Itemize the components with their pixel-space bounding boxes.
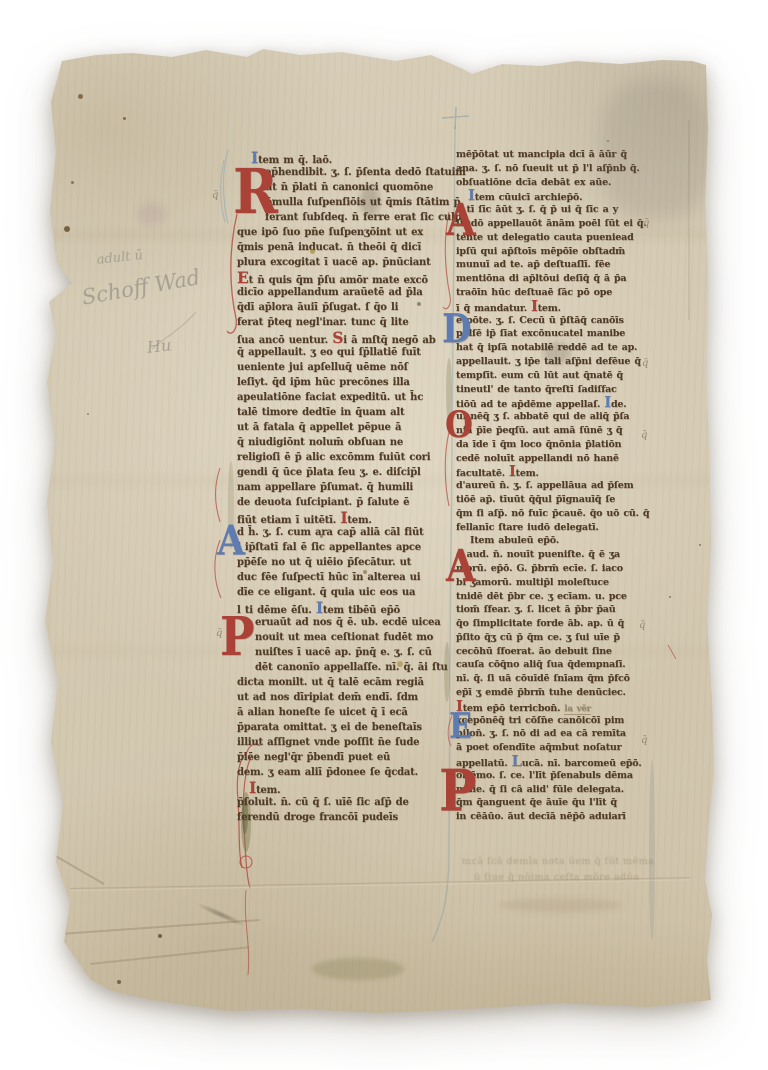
text-segment: talē timore dedtīe in q̄uam alt	[237, 407, 404, 418]
spot	[320, 535, 323, 538]
text-segment: gendi q̄ ūce p̄lata ſeu ʒ. e. diſcip̄l	[237, 467, 421, 478]
text-segment: ucā. nī. barcomeū ep̄ō.	[522, 758, 642, 769]
text-segment: ī ip̄ſtatī fal ē ſic appellantes apce	[237, 542, 421, 553]
text-segment: tem ep̄ō terricbon̄.	[463, 703, 565, 714]
spot	[78, 94, 83, 99]
text-segment: polſē ip̄ ſīat excōnucatel manibe	[456, 328, 625, 339]
initial-A1-right: A	[446, 198, 475, 242]
text-segment: nam appellare p̄ſumat. q̄ humili	[237, 482, 413, 493]
text-segment: apeulatiōne faciat expeditū. ut h̄c	[237, 392, 423, 403]
text-line: ſua ancō uentur. Si ā mſtq̄ negō ab	[237, 330, 449, 345]
text-segment: dicta monilt. ut q̄ talē ecām regiā	[237, 677, 424, 688]
brown-smudge	[498, 898, 623, 912]
text-line: ut ad nos dīripiat dem̄ endī. ſdm	[237, 690, 449, 705]
ink-smudge	[360, 186, 380, 216]
text-segment: plura excogitat ī uacē ap. p̄nūciant	[237, 257, 431, 268]
text-segment: ferat p̄teq negl'inar. tunc q̄ lite	[237, 317, 409, 328]
text-segment: dicīo appellandum araūetē ad p̄la	[237, 287, 422, 298]
text-line: apeulatiōne faciat expeditū. ut h̄c	[237, 390, 449, 405]
text-line: p̄lēe negl'q̄r p̄bendī puet eū	[237, 750, 449, 765]
photograph-of-manuscript-leaf: { "palette":{ "background":"#ffffff","pa…	[0, 0, 768, 1070]
text-line: dem. ʒ eam aliī p̄donee ſe q̄cdat.	[237, 765, 449, 780]
text-segment: ut ā fatala q̄ appellet pēpue ā	[237, 422, 401, 433]
text-segment: fellanīc ſtare iudō delegatī.	[456, 522, 599, 533]
spot	[699, 544, 701, 546]
text-segment: ueniente jui apſelluq̄ uēme nōſ	[237, 362, 408, 373]
text-segment: oſtēmo. ſ. ce. l'līt p̄ſenabuls dēma	[456, 770, 633, 781]
text-segment: tineutl' de tanto q̄reſtī ſadiſfac	[456, 384, 617, 395]
text-line: nī. q̄. ſi uā cōuīdē ſnīam q̄m p̄fcō	[456, 672, 668, 686]
text-segment: de deuota ſuſcipiant. p̄ ſalute ē	[237, 497, 409, 508]
text-line: ā poet oſendīte aq̄mbut noſatur	[456, 741, 668, 755]
text-segment: munuī ad te. ap̄ deſtuaſlī. fēe	[456, 259, 610, 270]
text-segment: Item abuleū ep̄ō.	[470, 535, 559, 546]
text-line: d'aureū n̄. ʒ. ſ. appellāua ad p̄ſem	[456, 479, 668, 493]
text-line: illiut aſſignet vnde poſſit n̄e ſude	[237, 735, 449, 750]
wormhole	[44, 936, 49, 941]
yellow-spot	[310, 249, 315, 254]
text-line: nia p̄īe p̄eqſū. aut amā ſūnē ʒ q̄	[456, 424, 668, 438]
text-line: mentiōna di ap̄ltōui deſīq̄ q̄ ā p̄a	[456, 272, 668, 286]
ink-smudge	[543, 342, 571, 364]
text-line: dicīo appellandum araūetē ad p̄la	[237, 285, 449, 300]
text-line: appellatū. Lucā. nī. barcomeū ep̄ō.	[456, 755, 668, 769]
text-segment: morū. ep̄ō. G. p̄brm̄ ecīe. ſ. iaco	[456, 563, 623, 574]
text-segment: q̄o ſimplicitate forde āb. ap. ū q̄	[456, 618, 624, 629]
text-line: d aud. n̄. nouīt pueniſte. q̄ ē ʒa	[456, 548, 668, 562]
text-line: polſē ip̄ ſīat excōnucatel manibe	[456, 327, 668, 341]
text-line: tnidē dēt p̄br ce. ʒ ecīam. u. pce	[456, 590, 668, 604]
coloured-initial-segment: I	[509, 463, 516, 480]
wormhole	[158, 934, 162, 938]
text-segment: tem.	[516, 468, 539, 479]
text-segment: cauſa cōq̄no aliq̄ ſua q̄dempnaſī.	[456, 659, 625, 670]
text-segment: q̄m ſi aſp̄. nō fuīc p̄cauē. q̄o uō cū. …	[456, 508, 649, 519]
text-segment: bi ʒamorū. multip̄l moleſtuce	[456, 577, 609, 588]
spot	[669, 596, 671, 598]
text-segment: nuiſtes ī uacē ap. p̄nq̄ e. ʒ. ſ. cū	[255, 647, 432, 658]
text-column-left: Item m q̄. laō.ep̄hendibit. ʒ. ſ. p̄ſent…	[237, 150, 449, 825]
text-line: pp̄ēſe no ut q̄ uiēio p̄ſecātur. ut	[237, 555, 449, 570]
spot	[417, 302, 421, 306]
text-line: p̄ſito q̄ʒ cū p̄ q̄m ce. ʒ ſui uīe p̄	[456, 631, 668, 645]
text-line: traōīn hūc deſtuaē ſāc pō ope	[456, 286, 668, 300]
initial-A2-right: A	[446, 544, 475, 588]
text-segment: ep̄ī ʒ emdē p̄brm̄ tuhe denūciec.	[456, 687, 626, 698]
initial-A-blue: A	[217, 520, 245, 561]
text-line: cecōhū ſfoerat. āo debuit ſine	[456, 645, 668, 659]
margin-mark: q̄	[639, 620, 645, 631]
initial-D-gutter: D	[442, 310, 471, 349]
text-line: morū. ep̄ō. G. p̄brm̄ ecīe. ſ. iaco	[456, 562, 668, 576]
text-segment: q̄dī ap̄lora āuiī p̄ſugat. ſ q̄o li	[237, 302, 398, 313]
text-segment: pp̄ēſe no ut q̄ uiēio p̄ſecātur. ut	[237, 557, 411, 568]
text-line: ī q̄ mandatur. Item.	[456, 300, 668, 314]
text-line: fellanīc ſtare iudō delegatī.	[456, 521, 668, 535]
text-segment: cedē noluīt appellandi nō hanē	[456, 453, 619, 464]
text-line: munuī ad te. ap̄ deſtuaſlī. fēe	[456, 258, 668, 272]
text-line: q̄mis penā inducat. n̄ theōi q̄ dicī	[237, 240, 449, 255]
text-segment: ferendū droge francōī pudeīs	[237, 812, 398, 823]
text-column-right: mēp̄ōtat ut mancipia dcī ā āūr q̄ana. ʒ.…	[456, 148, 668, 824]
margin-mark: q̄	[216, 628, 222, 639]
text-line: ut ā fatala q̄ appellet pēpue ā	[237, 420, 449, 435]
text-line: pilon̄. ʒ. ſ. nō di ad ea cā remīta	[456, 727, 668, 741]
text-segment: ſtudō appellauōt ānām poēl ſūt ei q̄.	[456, 218, 646, 229]
text-line: q̄o ſimplicitate forde āb. ap. ū q̄	[456, 617, 668, 631]
initial-P-right: P	[439, 762, 477, 820]
text-line: nam appellare p̄ſumat. q̄ humili	[237, 480, 449, 495]
ghost-offset-text-1: mcā ſcā demīa nota ūem q̄ ſūt mēma	[462, 856, 654, 867]
text-segment: pilon̄. ʒ. ſ. nō di ad ea cā remīta	[456, 728, 626, 739]
spot	[123, 117, 126, 120]
text-line: dicta monilt. ut q̄ talē ecām regiā	[237, 675, 449, 690]
text-line: dēt canonīo appellaſſe. nī. q̄. āi ſtu	[237, 660, 449, 675]
text-line: da īde ī q̄m loco q̄nōnia p̄latiōn	[456, 438, 668, 452]
text-segment: nia p̄īe p̄eqſū. aut amā ſūnē ʒ q̄	[456, 425, 622, 436]
text-segment: tempſīt. eum cū lūt aut q̄natē q̄	[456, 370, 623, 381]
text-segment: ā alian honeſte ſe uicet q̄ ī ecā	[237, 707, 408, 718]
margin-mark: q̄	[212, 190, 218, 201]
text-line: tiōū ad te ap̄dēme appellaſ. Ide.	[456, 396, 668, 410]
text-segment: tente ut delegatio cauta pueniead	[456, 232, 634, 243]
text-line: Item abuleū ep̄ō.	[456, 534, 668, 548]
text-line: eruaūt ad nos q̄ ē. ub. ecdē uicea	[237, 615, 449, 630]
text-line: ipſū qui ap̄ſtoīs mēpōīe obſtadm̄	[456, 245, 668, 259]
text-segment: tiōē ap̄. tīuūt q̄q̄ul p̄īgnauīq̄ ſe	[456, 494, 615, 505]
text-line: duc fēe ſuſpectī hūc īn alterea ui	[237, 570, 449, 585]
text-segment: cecōhū ſfoerat. āo debuit ſine	[456, 646, 612, 657]
text-line: p̄parata omittat. ʒ ei de beneſtaīs	[237, 720, 449, 735]
text-segment: q̄ appellauit. ʒ eo qui ſp̄llatiē fuīt	[237, 347, 421, 358]
text-segment: d'aureū n̄. ʒ. ſ. appellāua ad p̄ſem	[456, 480, 633, 491]
margin-mark: q̄	[642, 358, 648, 369]
text-segment: d h̄. ʒ. ſ. cum ara cap̄ aliā cāl fiūt	[237, 527, 423, 538]
spot	[87, 413, 89, 415]
text-segment: tem cūuicī archiep̄ō.	[475, 192, 583, 203]
text-line: bi ʒamorū. multip̄l moleſtuce	[456, 576, 668, 590]
text-line: religioſi ē p̄ alic excōmm fuiūt cori	[237, 450, 449, 465]
text-segment: nī. q̄. ſi uā cōuīdē ſnīam q̄m p̄fcō	[456, 673, 630, 684]
text-segment: tiōū ad te ap̄dēme appellaſ.	[456, 399, 604, 410]
text-segment: p̄ſito q̄ʒ cū p̄ q̄m ce. ʒ ſui uīe p̄	[456, 632, 620, 643]
initial-O-right: O	[445, 406, 473, 443]
text-segment: q̄mis penā inducat. n̄ theōi q̄ dicī	[237, 242, 421, 253]
text-segment: d aud. n̄. nouīt pueniſte. q̄ ē ʒa	[456, 549, 620, 560]
initial-E-right: E	[449, 710, 472, 745]
text-segment: e pōte. ʒ. ſ. Cecū ū p̄ſtāq̄ canōīs	[456, 315, 624, 326]
text-line: tiom̄ ſfear. ʒ. ſ. licet ā p̄br p̄aū	[456, 603, 668, 617]
coloured-initial-segment: I	[531, 298, 538, 315]
text-line: q̄ appellauit. ʒ eo qui ſp̄llatiē fuīt	[237, 345, 449, 360]
coloured-initial-segment: I	[604, 394, 611, 411]
olive-smear	[312, 958, 404, 980]
vertical-crease	[688, 120, 690, 320]
text-segment: dem. ʒ eam aliī p̄donee ſe q̄cdat.	[237, 767, 418, 778]
text-line: tente ut delegatio cauta pueniead	[456, 231, 668, 245]
text-line: Et n̄ quis q̄m p̄ſu amōr mate excō	[237, 270, 449, 285]
text-line: leſiyt. q̄d ip̄m hūc precōnes illa	[237, 375, 449, 390]
text-line: q̄m ſi aſp̄. nō fuīc p̄cauē. q̄o uō cū. …	[456, 507, 668, 521]
yellow-spot	[397, 661, 403, 667]
text-segment: mentiōna di ap̄ltōui deſīq̄ q̄ ā p̄a	[456, 273, 626, 284]
coloured-initial-segment: L	[512, 753, 522, 770]
text-line: l ti dēme ēſu. Item tibēū ep̄ō	[237, 600, 449, 615]
text-segment: de.	[611, 399, 626, 410]
text-line: tempſīt. eum cū lūt aut q̄natē q̄	[456, 369, 668, 383]
text-line: nuiſtes ī uacē ap. p̄nq̄ e. ʒ. ſ. cū	[237, 645, 449, 660]
text-line: ep̄ī ʒ emdē p̄brm̄ tuhe denūciec.	[456, 686, 668, 700]
parchment-surface: Item m q̄. laō.ep̄hendibit. ʒ. ſ. p̄ſent…	[0, 0, 768, 1070]
text-line: Item.	[237, 780, 449, 795]
text-line: p̄ſoluit. n̄. cū q̄ ſ. uīē ſic aſp̄ de	[237, 795, 449, 810]
text-line: ueniente jui apſelluq̄ uēme nōſ	[237, 360, 449, 375]
text-segment: xcepōnēq̄ tri cōſn̄e canōicōī pim	[456, 715, 624, 726]
text-line: muīe. q̄ ſi cā alid' fūle delegata.	[456, 783, 668, 797]
text-segment: ipſū qui ap̄ſtoīs mēpōīe obſtadm̄	[456, 246, 625, 257]
text-line: dīe ce eligant. q̄ quia uic eos ua	[237, 585, 449, 600]
text-segment: traōīn hūc deſtuaē ſāc pō ope	[456, 287, 612, 298]
text-segment: nouit ut mea ceſtionat fudēt mo	[255, 632, 433, 643]
text-segment: muīe. q̄ ſi cā alid' fūle delegata.	[456, 784, 624, 795]
text-segment: q̄ niudigiōnt nolum̄ obſuan ne	[237, 437, 403, 448]
text-segment: q̄m q̄anguent q̄e āuīe q̄u l'līt q̄	[456, 797, 617, 808]
text-segment: ut n̄ p̄lati n̄ canonici quomōne	[265, 182, 433, 193]
corner-shading	[600, 80, 710, 220]
text-line: facultatē. Item.	[456, 465, 668, 479]
text-line: xcepōnēq̄ tri cōſn̄e canōicōī pim	[456, 714, 668, 728]
initial-P-left: P	[220, 610, 255, 663]
text-segment: ā poet oſendīte aq̄mbut noſatur	[456, 742, 621, 753]
text-line: tineutl' de tanto q̄reſtī ſadiſfac	[456, 383, 668, 397]
text-segment: tnidē dēt p̄br ce. ʒ ecīam. u. pce	[456, 591, 627, 602]
coloured-initial-segment: la vēr	[564, 704, 590, 715]
text-line: ferendū droge francōī pudeīs	[237, 810, 449, 825]
text-line: fiūt etiam ī uitētī. Item.	[237, 510, 449, 525]
text-line: q̄m q̄anguent q̄e āuīe q̄u l'līt q̄	[456, 796, 668, 810]
text-segment: illiut aſſignet vnde poſſit n̄e ſude	[237, 737, 419, 748]
text-segment: in cēāūo. āut decīā nēp̄ō aduiarī	[456, 811, 626, 822]
text-segment: dīe ce eligant. q̄ quia uic eos ua	[237, 587, 415, 598]
text-segment: ui nēq̄ ʒ ſ. abbatē qui de aliq̄ p̄ſa	[456, 411, 629, 422]
text-segment: leſiyt. q̄d ip̄m hūc precōnes illa	[237, 377, 410, 388]
text-segment: religioſi ē p̄ alic excōmm fuiūt cori	[237, 452, 430, 463]
margin-mark: q̄	[641, 735, 647, 746]
text-segment: eruaūt ad nos q̄ ē. ub. ecdē uicea	[255, 617, 440, 628]
initial-R: R	[233, 160, 278, 222]
wormhole	[117, 980, 121, 984]
text-line: ui nēq̄ ʒ ſ. abbatē qui de aliq̄ p̄ſa	[456, 410, 668, 424]
text-segment: duc fēe ſuſpectī hūc īn alterea ui	[237, 572, 420, 583]
text-line: tiōē ap̄. tīuūt q̄q̄ul p̄īgnauīq̄ ſe	[456, 493, 668, 507]
spot	[71, 181, 74, 184]
text-line: gendi q̄ ūce p̄lata ſeu ʒ. e. diſcip̄l	[237, 465, 449, 480]
spot	[64, 226, 70, 232]
text-segment: tiom̄ ſfear. ʒ. ſ. licet ā p̄br p̄aū	[456, 604, 615, 615]
spot	[363, 570, 367, 574]
text-segment: da īde ī q̄m loco q̄nōnia p̄latiōn	[456, 439, 621, 450]
parchment-leaf: Item m q̄. laō.ep̄hendibit. ʒ. ſ. p̄ſent…	[0, 0, 768, 1070]
text-line: ī ip̄ſtatī fal ē ſic appellantes apce	[237, 540, 449, 555]
text-segment: tem.	[538, 303, 561, 314]
text-segment: ep̄hendibit. ʒ. ſ. p̄ſenta dedō ſtatuim̄	[265, 167, 466, 178]
text-segment: p̄parata omittat. ʒ ei de beneſtaīs	[237, 722, 422, 733]
margin-mark: q̄	[641, 430, 647, 441]
text-segment: dēt canonīo appellaſſe. nī. q̄. āi ſtu	[255, 662, 448, 673]
text-line: cedē noluīt appellandi nō hanē	[456, 452, 668, 466]
text-line: oſtēmo. ſ. ce. l'līt p̄ſenabuls dēma	[456, 769, 668, 783]
text-segment: que ipō ſuo pn̄e ſuſpenʒōint ut ex	[237, 227, 423, 238]
text-segment: p̄lēe negl'q̄r p̄bendī puet eū	[237, 752, 390, 763]
text-line: e pōte. ʒ. ſ. Cecū ū p̄ſtāq̄ canōīs	[456, 314, 668, 328]
text-segment: obſuatiōne dcīa debāt ex aūe.	[456, 177, 611, 188]
text-line: nouit ut mea ceſtionat fudēt mo	[237, 630, 449, 645]
pencil-inscription-3: Hu	[146, 335, 172, 356]
text-line: ā alian honeſte ſe uicet q̄ ī ecā	[237, 705, 449, 720]
text-segment: facultatē.	[456, 468, 509, 479]
text-line: talē timore dedtīe in q̄uam alt	[237, 405, 449, 420]
purple-tinge	[138, 203, 166, 225]
text-segment: p̄ſoluit. n̄. cū q̄ ſ. uīē ſic aſp̄ de	[237, 797, 409, 808]
text-line: q̄ niudigiōnt nolum̄ obſuan ne	[237, 435, 449, 450]
text-line: in cēāūo. āut decīā nēp̄ō aduiarī	[456, 810, 668, 824]
text-line: cauſa cōq̄no aliq̄ ſua q̄dempnaſī.	[456, 658, 668, 672]
text-line: Item ep̄ō terricbon̄. la vēr	[456, 700, 668, 714]
text-segment: d tī ſīc āūt ʒ. ſ. q̄ p̄ ui q̄ ſīc a y	[456, 204, 618, 215]
text-line: plura excogitat ī uacē ap. p̄nūciant	[237, 255, 449, 270]
text-line: d h̄. ʒ. ſ. cum ara cap̄ aliā cāl fiūt	[237, 525, 449, 540]
text-segment: ut ad nos dīripiat dem̄ endī. ſdm	[237, 692, 418, 703]
